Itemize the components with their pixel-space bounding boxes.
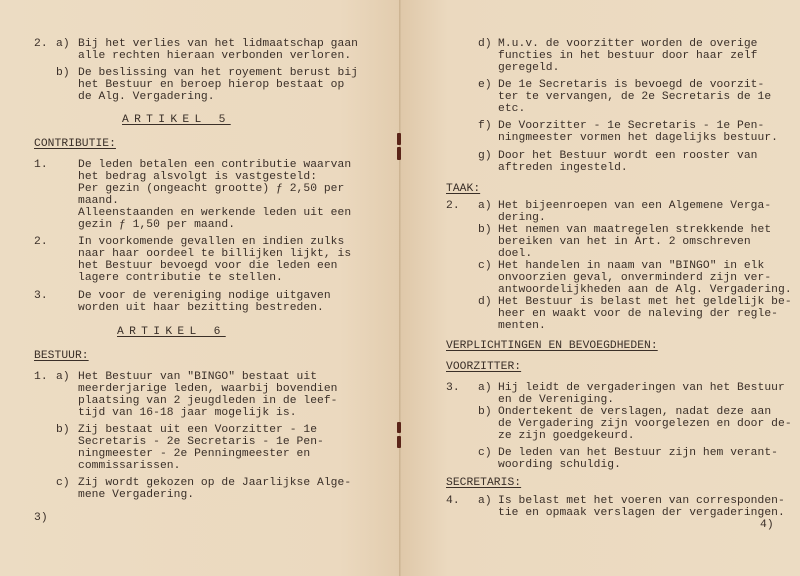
text-line: Bij het verlies van het lidmaatschap gaa… xyxy=(78,39,358,51)
text-line: ningmeester - 2e Penningmeester en xyxy=(78,449,310,461)
text-line: gezin ƒ 1,50 per maand. xyxy=(78,220,235,232)
text-line: maand. xyxy=(78,196,119,208)
text-line: De 1e Secretaris is bevoegd de voorzit- xyxy=(498,80,764,92)
item-number: 1. xyxy=(34,372,48,384)
text-line: woording schuldig. xyxy=(498,460,621,472)
artikel-6-heading: ARTIKEL 6 xyxy=(117,327,226,339)
text-line: Het bijeenroepen van een Algemene Verga- xyxy=(498,201,771,213)
text-line: alle rechten hieraan verbonden verloren. xyxy=(78,51,351,63)
text-line: aftreden ingesteld. xyxy=(498,163,628,175)
item-label: f) xyxy=(478,121,492,133)
text-line: plaatsing van 2 jeugdleden in de leef- xyxy=(78,396,338,408)
text-line: Het Bestuur is belast met het geldelijk … xyxy=(498,297,792,309)
text-line: Alleenstaanden en werkende leden uit een xyxy=(78,208,351,220)
text-line: commissarissen. xyxy=(78,461,180,473)
text-line: de Vergadering zijn voorgelezen en door … xyxy=(498,419,792,431)
text-line: en de Vereniging. xyxy=(498,395,614,407)
text-line: In voorkomende gevallen en indien zulks xyxy=(78,237,344,249)
text-line: Zij wordt gekozen op de Jaarlijkse Alge- xyxy=(78,478,351,490)
item-label: b) xyxy=(478,225,492,237)
text-line: functies in het bestuur door haar zelf xyxy=(498,51,758,63)
artikel-5-heading: ARTIKEL 5 xyxy=(122,115,231,127)
item-label: a) xyxy=(56,372,70,384)
text-line: Zij bestaat uit een Voorzitter - 1e xyxy=(78,425,317,437)
taak-heading: TAAK: xyxy=(446,184,480,196)
contributie-heading: CONTRIBUTIE: xyxy=(34,139,116,151)
item-number: 3. xyxy=(34,291,48,303)
text-line: doel. xyxy=(498,249,532,261)
item-label: c) xyxy=(478,261,492,273)
text-line: M.u.v. de voorzitter worden de overige xyxy=(498,39,758,51)
item-number: 4. xyxy=(446,496,460,508)
text-line: onvoorzien geval, onverminderd zijn ver- xyxy=(498,273,771,285)
item-label: a) xyxy=(56,39,70,51)
item-number: 2. xyxy=(34,39,48,51)
page-number: 3) xyxy=(34,513,48,525)
text-line: ze zijn goedgekeurd. xyxy=(498,431,635,443)
item-label: a) xyxy=(478,201,492,213)
text-line: het Bestuur bevoegd voor die leden een xyxy=(78,261,338,273)
page-4: d) M.u.v. de voorzitter worden de overig… xyxy=(400,0,800,576)
text-line: De voor de vereniging nodige uitgaven xyxy=(78,291,331,303)
text-line: naar haar oordeel te billijken lijkt, is xyxy=(78,249,351,261)
text-line: Het handelen in naam van "BINGO" in elk xyxy=(498,261,764,273)
text-line: ter te vervangen, de 2e Secretaris de 1e xyxy=(498,92,771,104)
text-line: geregeld. xyxy=(498,63,559,75)
text-line: Ondertekent de verslagen, nadat deze aan xyxy=(498,407,771,419)
text-line: het Bestuur en beroep hierop bestaat op xyxy=(78,80,344,92)
text-line: Secretaris - 2e Secretaris - 1e Pen- xyxy=(78,437,324,449)
text-line: ningmeester vormen het dagelijks bestuur… xyxy=(498,133,778,145)
staple-top-upper xyxy=(397,133,401,145)
text-line: De Voorzitter - 1e Secretaris - 1e Pen- xyxy=(498,121,764,133)
item-number: 2. xyxy=(446,201,460,213)
text-line: bereiken van het in Art. 2 omschreven xyxy=(498,237,751,249)
bestuur-heading: BESTUUR: xyxy=(34,351,89,363)
voorzitter-heading: VOORZITTER: xyxy=(446,362,521,374)
item-label: b) xyxy=(478,407,492,419)
text-line: tijd van 16-18 jaar mogelijk is. xyxy=(78,408,297,420)
page-3: 2. a) Bij het verlies van het lidmaatsch… xyxy=(0,0,400,576)
text-line: Is belast met het voeren van corresponde… xyxy=(498,496,785,508)
item-label: e) xyxy=(478,80,492,92)
staple-top-lower xyxy=(397,147,401,160)
secretaris-heading: SECRETARIS: xyxy=(446,478,521,490)
text-line: tie en opmaak verslagen der vergaderinge… xyxy=(498,508,785,520)
text-line: etc. xyxy=(498,104,525,116)
staple-bottom-upper xyxy=(397,422,401,433)
item-label: b) xyxy=(56,425,70,437)
page-number: 4) xyxy=(760,520,774,532)
item-number: 3. xyxy=(446,383,460,395)
center-fold xyxy=(399,0,401,576)
item-label: a) xyxy=(478,496,492,508)
text-line: lagere contributie te stellen. xyxy=(78,273,283,285)
text-line: meerderjarige leden, waarbij bovendien xyxy=(78,384,338,396)
booklet-spread: 2. a) Bij het verlies van het lidmaatsch… xyxy=(0,0,800,576)
text-line: De beslissing van het royement berust bi… xyxy=(78,68,358,80)
text-line: het bedrag alsvolgt is vastgesteld: xyxy=(78,172,317,184)
text-line: heer en waakt voor de naleving der regle… xyxy=(498,309,778,321)
item-label: c) xyxy=(478,448,492,460)
text-line: Het nemen van maatregelen strekkende het xyxy=(498,225,771,237)
text-line: antwoordelijkheden aan de Alg. Vergaderi… xyxy=(498,285,792,297)
item-label: a) xyxy=(478,383,492,395)
text-line: menten. xyxy=(498,321,546,333)
text-line: de Alg. Vergadering. xyxy=(78,92,215,104)
text-line: De leden van het Bestuur zijn hem verant… xyxy=(498,448,778,460)
item-label: g) xyxy=(478,151,492,163)
text-line: worden uit haar bezitting bestreden. xyxy=(78,303,324,315)
text-line: Door het Bestuur wordt een rooster van xyxy=(498,151,758,163)
text-line: Per gezin (ongeacht grootte) ƒ 2,50 per xyxy=(78,184,344,196)
text-line: mene Vergadering. xyxy=(78,490,194,502)
item-label: b) xyxy=(56,68,70,80)
text-line: Het Bestuur van "BINGO" bestaat uit xyxy=(78,372,317,384)
item-number: 1. xyxy=(34,160,48,172)
verplichtingen-heading: VERPLICHTINGEN EN BEVOEGDHEDEN: xyxy=(446,341,658,353)
text-line: De leden betalen een contributie waarvan xyxy=(78,160,351,172)
item-label: d) xyxy=(478,297,492,309)
staple-bottom-lower xyxy=(397,436,401,448)
text-line: Hij leidt de vergaderingen van het Bestu… xyxy=(498,383,785,395)
item-label: d) xyxy=(478,39,492,51)
item-number: 2. xyxy=(34,237,48,249)
text-line: dering. xyxy=(498,213,546,225)
item-label: c) xyxy=(56,478,70,490)
